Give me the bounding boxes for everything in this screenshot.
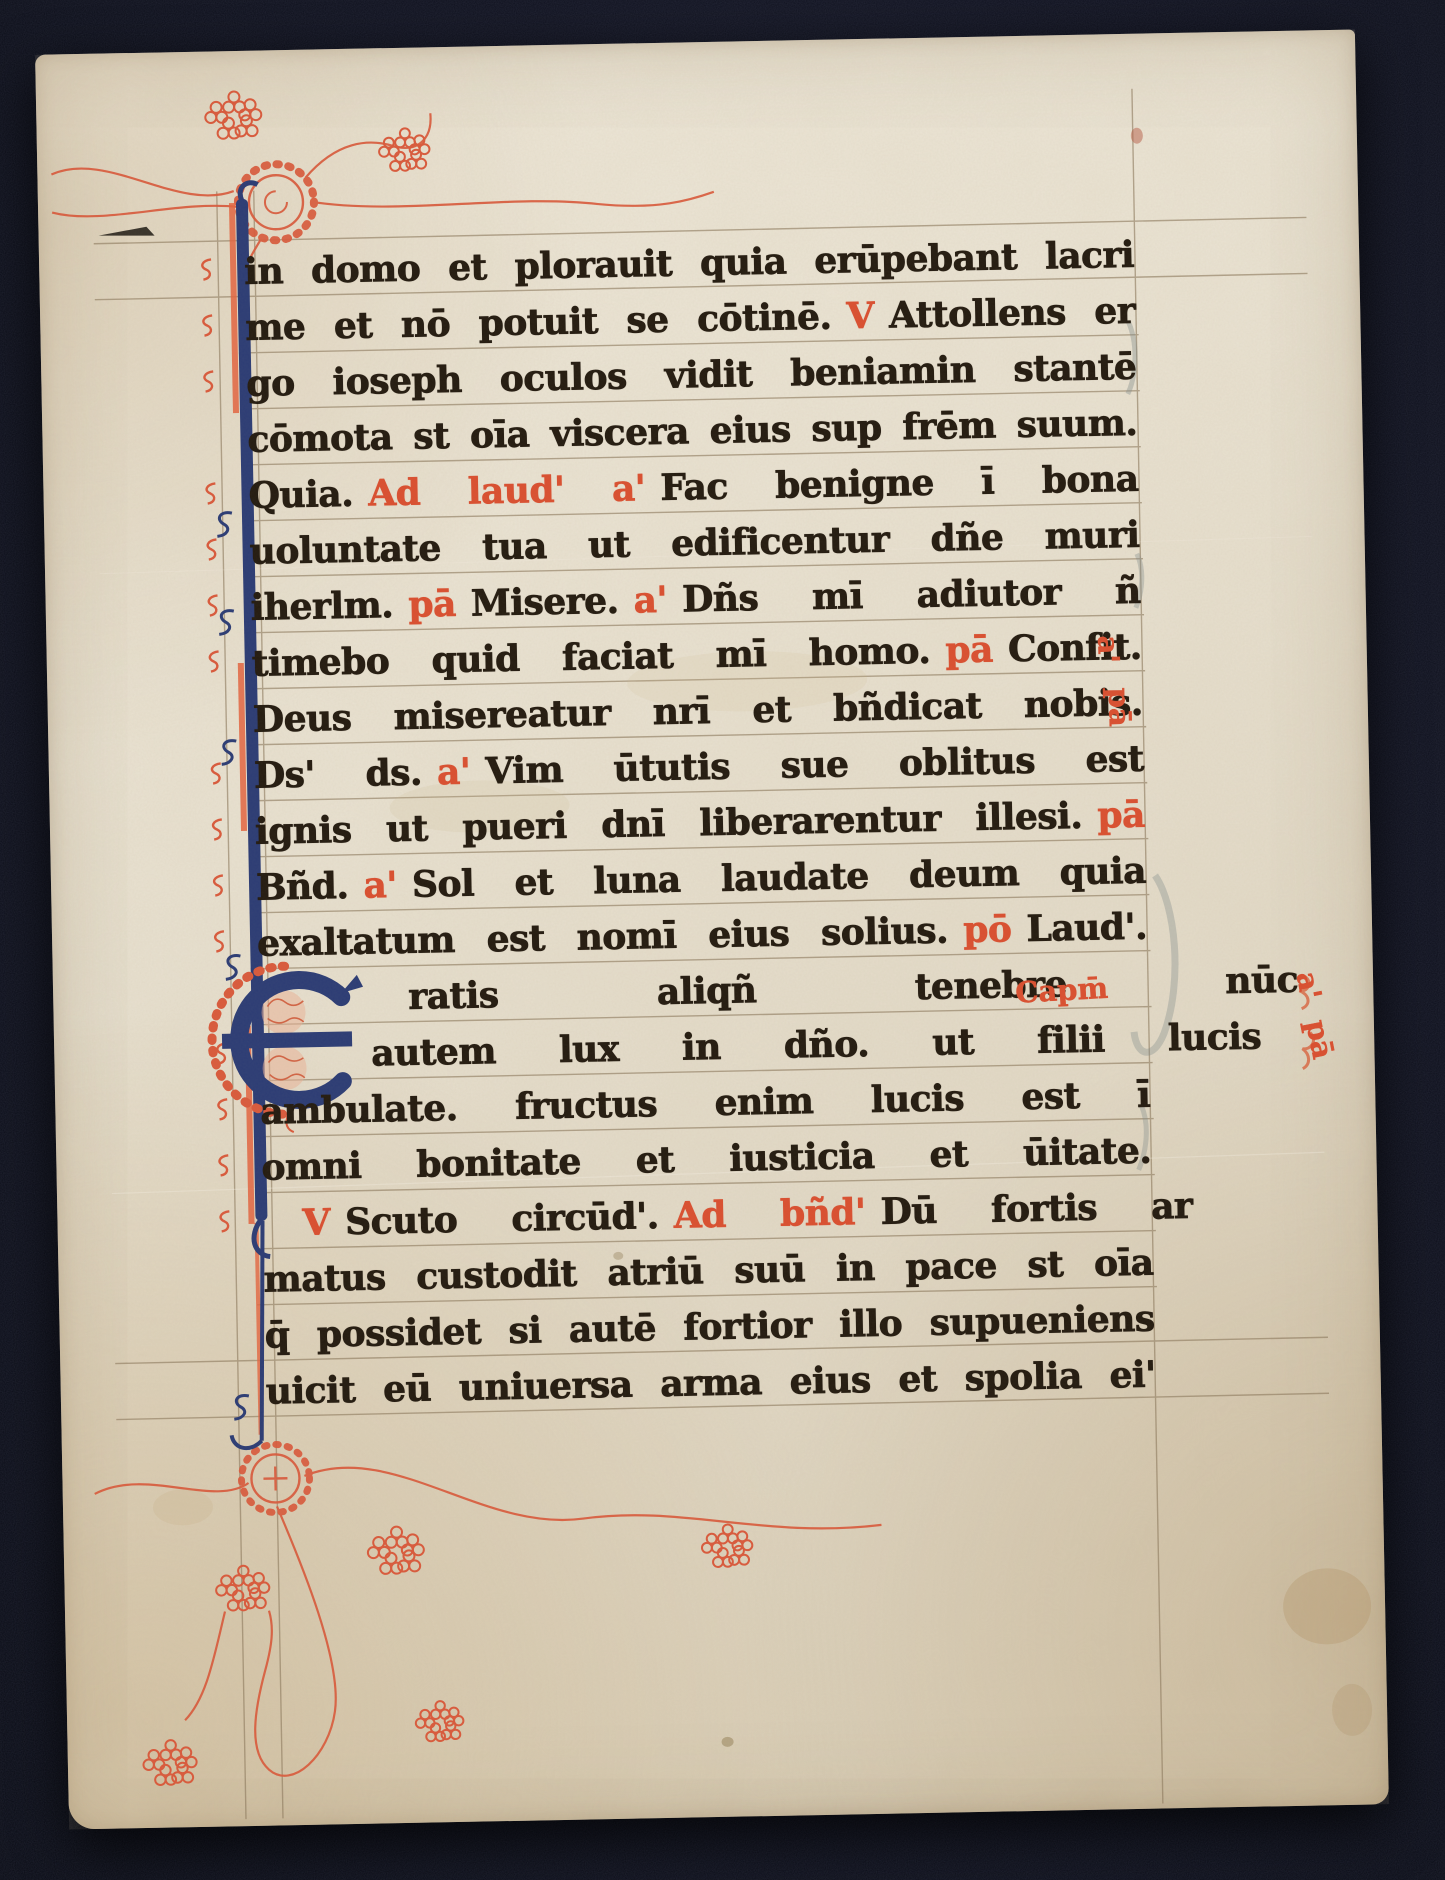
body-text: exaltatum est nomī eius solius. (257, 909, 949, 964)
marginal-rubric: a' (1091, 635, 1126, 663)
text-block: in domo et plorauit quia erūpebant lacri… (35, 29, 1389, 1829)
rubric-text: pō (963, 908, 1012, 951)
body-text: Dū fortis ar (880, 1185, 1193, 1233)
rubric-text: V (846, 295, 874, 338)
rubric-text: V (302, 1201, 330, 1244)
body-text: ignis ut pueri dnī liberarentur illesi. (255, 795, 1083, 853)
body-text: Attollens er (889, 290, 1136, 337)
body-text: Laud'. (1026, 906, 1147, 950)
marginal-rubric: Capm̄ (1014, 971, 1109, 1010)
body-text: Scuto circūd'. (345, 1195, 659, 1243)
body-text: Vim ūtutis sue oblitus est (485, 738, 1144, 793)
body-text: Bñd. (256, 865, 349, 909)
manuscript-leaf: in domo et plorauit quia erūpebant lacri… (35, 29, 1389, 1829)
body-text: Misere. (471, 580, 619, 625)
rubric-text: a' (437, 751, 471, 794)
body-text: Dñs mī adiutor ñ (682, 570, 1141, 621)
body-text: Fac benigne ī bona (660, 458, 1139, 509)
photo-backdrop: Medieval breviary manuscript leaf on vel… (0, 0, 1445, 1880)
rubric-text: pā (408, 583, 456, 626)
body-text: Sol et luna laudate deum quia (412, 850, 1147, 906)
body-text: iherlm. (250, 584, 393, 629)
rubric-text: pā (945, 629, 993, 672)
rubric-text: pā (1097, 794, 1145, 837)
body-text: timebo quid faciat mī homo. (251, 630, 930, 685)
rubric-text: a' (633, 579, 667, 622)
rubric-text: Ad laud' a' (368, 467, 646, 514)
marginal-rubric: pā (1299, 1017, 1340, 1062)
body-text: Quia. (248, 473, 353, 517)
body-text: Ds' ds. (254, 752, 423, 797)
body-text: in domo et plorauit quia erūpebant lacri (244, 234, 1135, 293)
rubric-text: Ad bñd' (673, 1191, 865, 1237)
body-text: me et nō potuit se cōtinē. (245, 296, 832, 349)
marginal-rubric: pā (1102, 687, 1137, 727)
rubric-text: a' (363, 864, 397, 907)
